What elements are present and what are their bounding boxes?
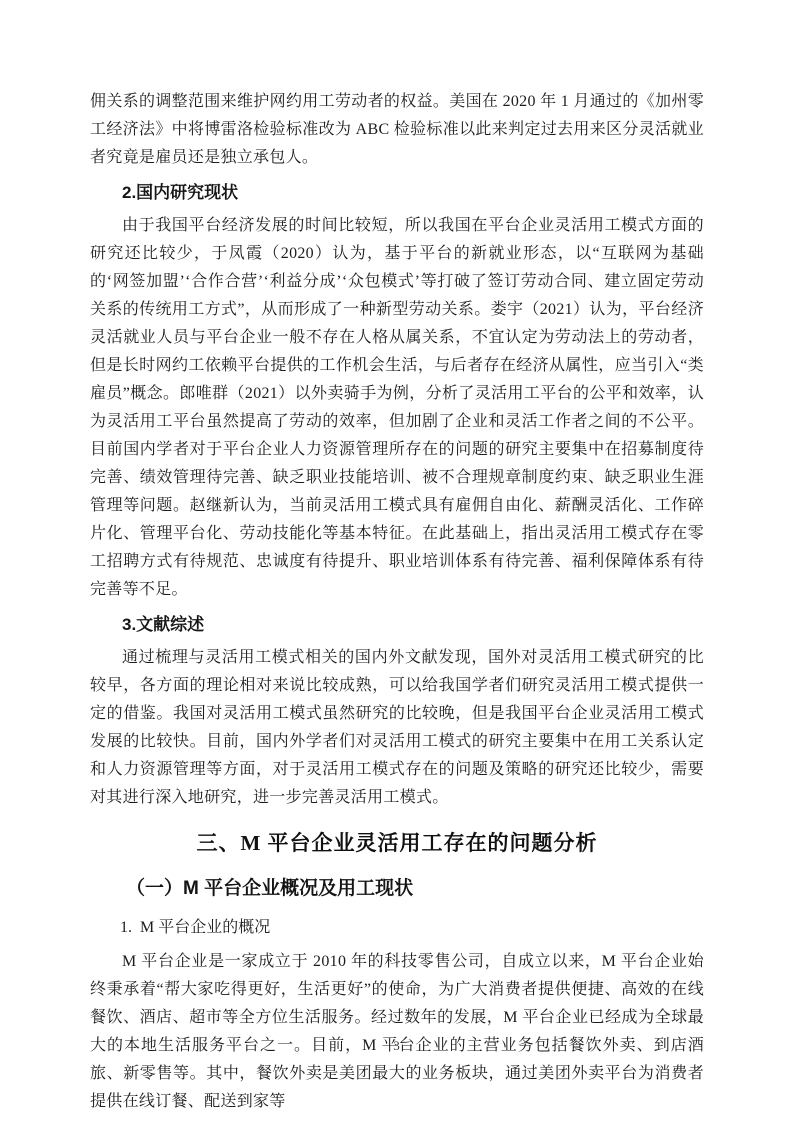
section-heading-company-overview: （一）M 平台企业概况及用工现状 <box>126 876 704 902</box>
page-number: 3 <box>0 1038 793 1054</box>
chapter-heading-problem-analysis: 三、M 平台企业灵活用工存在的问题分析 <box>90 828 704 858</box>
paragraph-company-profile: M 平台企业是一家成立于 2010 年的科技零售公司，自成立以来，M 平台企业始… <box>90 948 704 1116</box>
paragraph-literature-review: 通过梳理与灵活用工模式相关的国内外文献发现，国外对灵活用工模式研究的比较早，各方… <box>90 644 704 812</box>
document-page: 佣关系的调整范围来维护网约用工劳动者的权益。美国在 2020 年 1 月通过的《… <box>0 0 793 1122</box>
heading-domestic-research-status: 2.国内研究现状 <box>122 182 704 204</box>
heading-literature-review: 3.文献综述 <box>122 614 704 636</box>
subsection-heading-m-platform-profile: 1. M 平台企业的概况 <box>120 916 704 940</box>
paragraph-domestic-research: 由于我国平台经济发展的时间比较短，所以我国在平台企业灵活用工模式方面的研究还比较… <box>90 212 704 604</box>
paragraph-overseas-continued: 佣关系的调整范围来维护网约用工劳动者的权益。美国在 2020 年 1 月通过的《… <box>90 88 704 172</box>
